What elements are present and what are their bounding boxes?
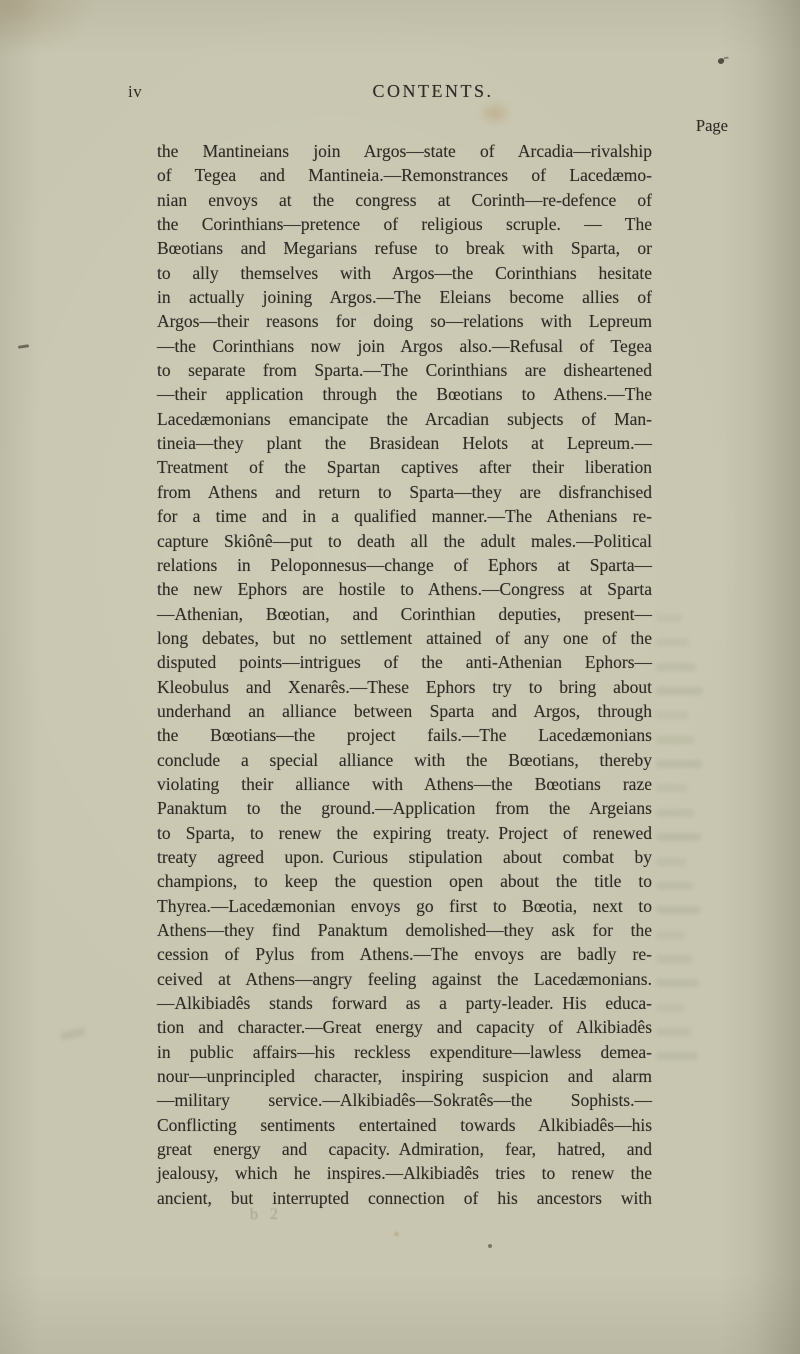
text-line: ancient, but interrupted connection of h… xyxy=(157,1186,652,1210)
text-line: to Sparta, to renew the expiring treaty.… xyxy=(157,821,652,845)
text-line: of Tegea and Mantineia.—Remonstrances of… xyxy=(157,163,652,187)
text-line: from Athens and return to Sparta—they ar… xyxy=(157,480,652,504)
showthrough-ghost-line xyxy=(656,979,699,987)
scanned-book-page: { "page": { "folio": "iv", "header_title… xyxy=(0,0,800,1354)
text-line: violating their alliance with Athens—the… xyxy=(157,772,652,796)
showthrough-ghost-line xyxy=(656,736,695,744)
showthrough-ghost-line xyxy=(656,760,702,768)
text-line: in actually joining Argos.—The Eleians b… xyxy=(157,285,652,309)
text-line: underhand an alliance between Sparta and… xyxy=(157,699,652,723)
text-line: capture Skiônê—put to death all the adul… xyxy=(157,529,652,553)
signature-mark-showthrough: b 2 xyxy=(250,1206,282,1225)
text-line: long debates, but no settlement attained… xyxy=(157,626,652,650)
text-line: the Corinthians—pretence of religious sc… xyxy=(157,212,652,236)
showthrough-ghost-line xyxy=(656,784,687,792)
text-line: cession of Pylus from Athens.—The envoys… xyxy=(157,942,652,966)
showthrough-ghost-line xyxy=(656,1004,684,1012)
text-line: —Athenian, Bœotian, and Corinthian deput… xyxy=(157,602,652,626)
text-line: Athens—they find Panaktum demolished—the… xyxy=(157,918,652,942)
showthrough-ghost-line xyxy=(656,906,700,914)
contents-summary-text: the Mantineians join Argos—state of Arca… xyxy=(157,139,652,1210)
text-line: jealousy, which he inspires.—Alkibiadês … xyxy=(157,1161,652,1185)
showthrough-ghost-line xyxy=(656,663,696,671)
showthrough-ghost-line xyxy=(656,858,686,866)
text-line: nour—unprincipled character, inspiring s… xyxy=(157,1064,652,1088)
ink-speck xyxy=(488,1244,492,1248)
text-line: Argos—their reasons for doing so—relatio… xyxy=(157,309,652,333)
text-line: Bœotians and Megarians refuse to break w… xyxy=(157,236,652,260)
text-line: great energy and capacity. Admiration, f… xyxy=(157,1137,652,1161)
text-line: champions, to keep the question open abo… xyxy=(157,869,652,893)
text-line: Lacedæmonians emancipate the Arcadian su… xyxy=(157,407,652,431)
text-line: Treatment of the Spartan captives after … xyxy=(157,455,652,479)
text-line: Panaktum to the ground.—Application from… xyxy=(157,796,652,820)
text-line: tion and character.—Great energy and cap… xyxy=(157,1015,652,1039)
text-line: relations in Peloponnesus—change of Epho… xyxy=(157,553,652,577)
text-line: disputed points—intrigues of the anti-At… xyxy=(157,650,652,674)
text-line: treaty agreed upon. Curious stipulation … xyxy=(157,845,652,869)
showthrough-ghost-line xyxy=(656,833,701,841)
foxing-stain xyxy=(393,1231,400,1237)
text-line: conclude a special alliance with the Bœo… xyxy=(157,748,652,772)
page-edge-shading xyxy=(754,0,800,1354)
text-line: —Alkibiadês stands forward as a party-le… xyxy=(157,991,652,1015)
text-line: to ally themselves with Argos—the Corint… xyxy=(157,261,652,285)
showthrough-ghost-line xyxy=(656,1052,698,1060)
text-line: Thyrea.—Lacedæmonian envoys go first to … xyxy=(157,894,652,918)
text-line: the new Ephors are hostile to Athens.—Co… xyxy=(157,577,652,601)
text-line: nian envoys at the congress at Corinth—r… xyxy=(157,188,652,212)
showthrough-ghost-line xyxy=(656,931,685,939)
showthrough-ghost-line xyxy=(656,1028,691,1036)
foxing-stain xyxy=(478,100,512,126)
text-line: the Bœotians—the project fails.—The Lace… xyxy=(157,723,652,747)
showthrough-ghost-line xyxy=(656,809,694,817)
showthrough-ghost-line xyxy=(656,614,682,622)
text-line: Kleobulus and Xenarês.—These Ephors try … xyxy=(157,675,652,699)
text-line: tineia—they plant the Brasidean Helots a… xyxy=(157,431,652,455)
corner-stain xyxy=(0,0,92,54)
text-line: the Mantineians join Argos—state of Arca… xyxy=(157,139,652,163)
text-line: to separate from Sparta.—The Corinthians… xyxy=(157,358,652,382)
text-line: —their application through the Bœotians … xyxy=(157,382,652,406)
page-title: CONTENTS. xyxy=(133,81,733,102)
text-line: —military service.—Alkibiadês—Sokratês—t… xyxy=(157,1088,652,1112)
text-line: in public affairs—his reckless expenditu… xyxy=(157,1040,652,1064)
showthrough-ghost-line xyxy=(656,955,692,963)
showthrough-ghost-line xyxy=(656,711,688,719)
page-column-label: Page xyxy=(696,116,728,136)
showthrough-ghost-line xyxy=(656,638,689,646)
text-line: for a time and in a qualified manner.—Th… xyxy=(157,504,652,528)
text-line: Conflicting sentiments entertained towar… xyxy=(157,1113,652,1137)
text-line: —the Corinthians now join Argos also.—Re… xyxy=(157,334,652,358)
showthrough-ghost-line xyxy=(656,882,693,890)
showthrough-ghost-line xyxy=(656,687,703,695)
text-line: ceived at Athens—angry feeling against t… xyxy=(157,967,652,991)
